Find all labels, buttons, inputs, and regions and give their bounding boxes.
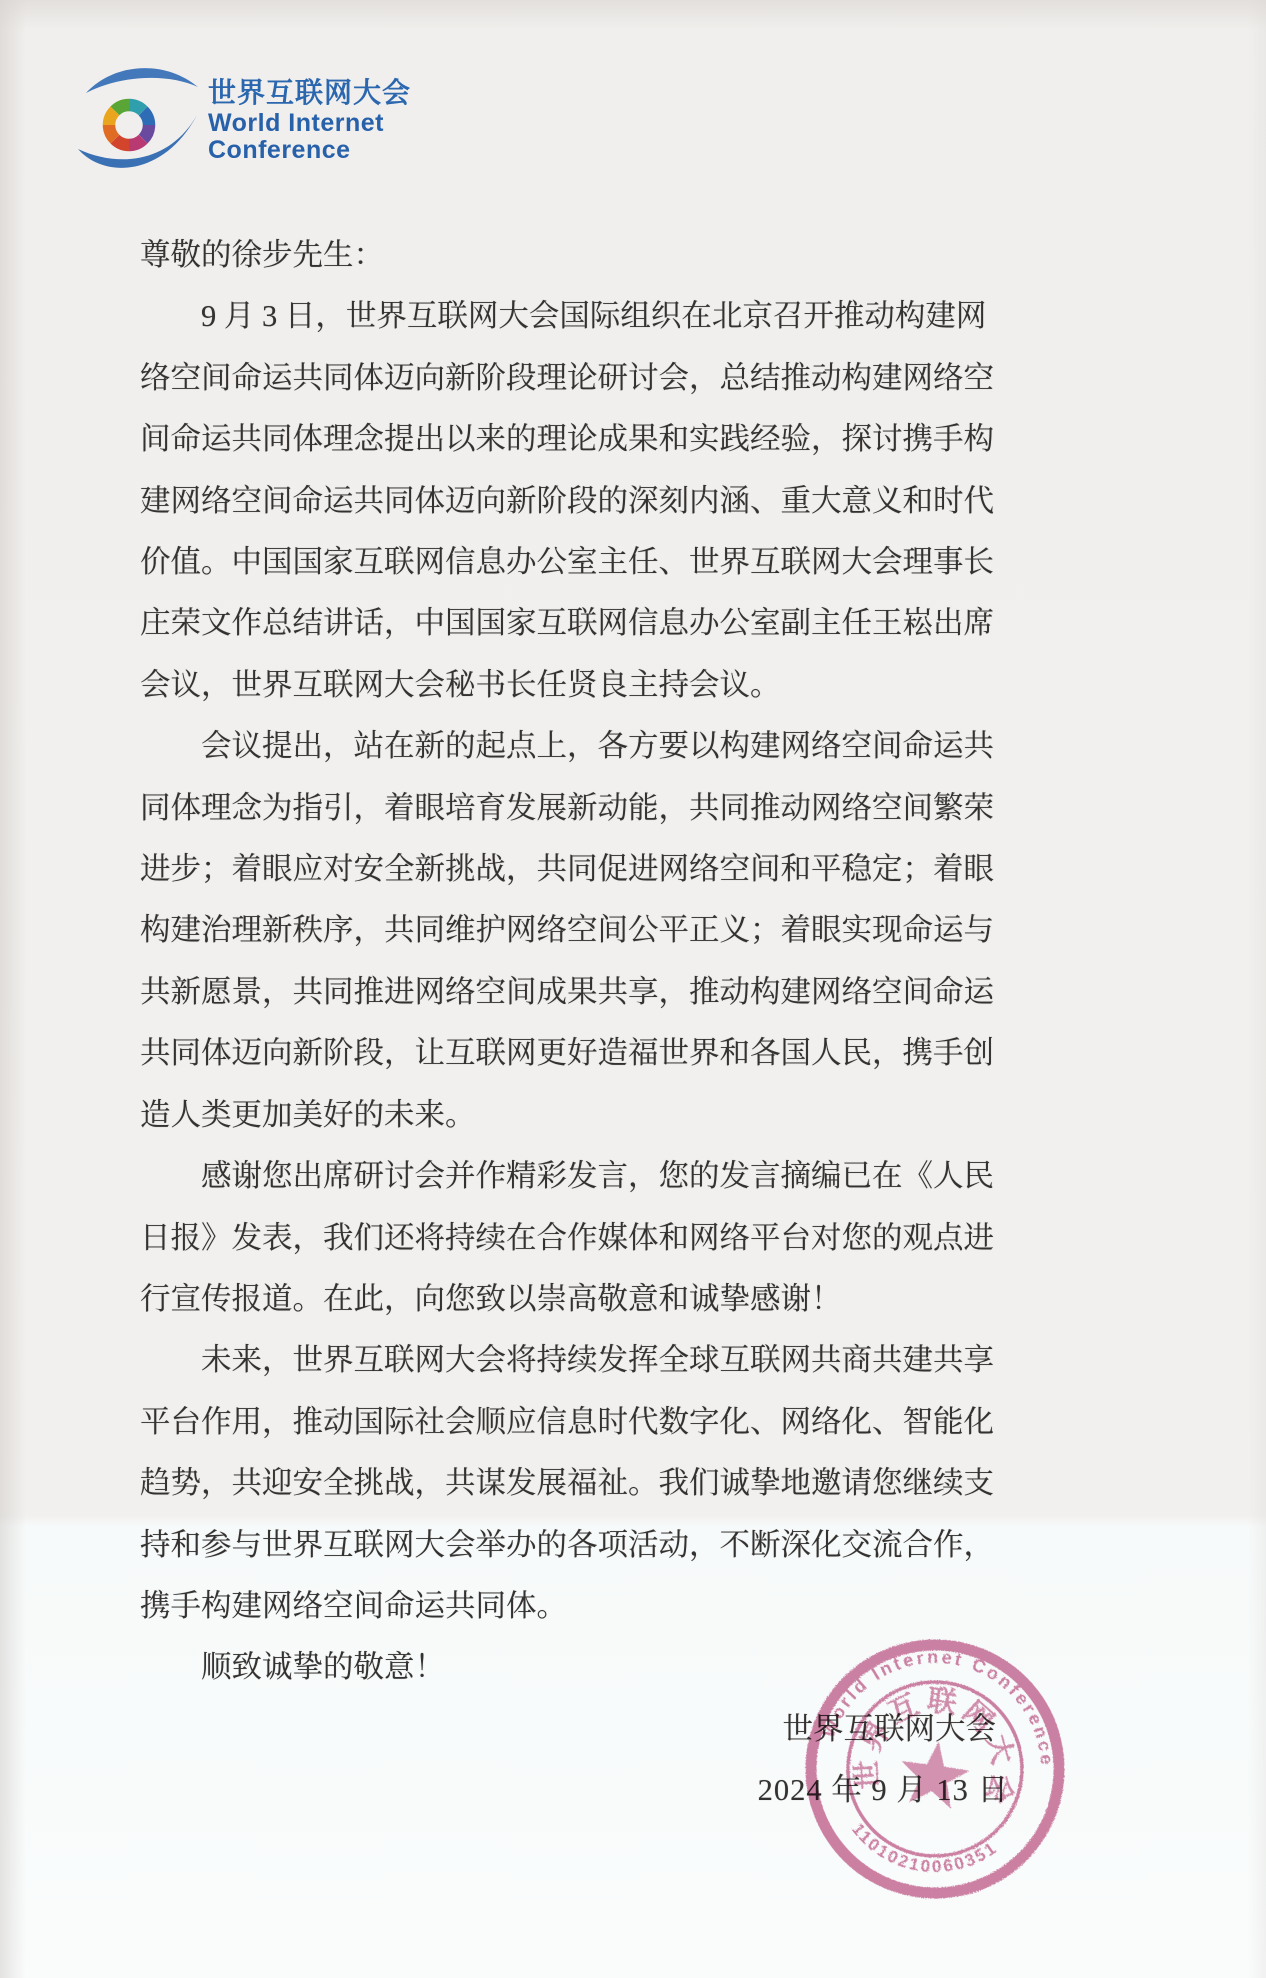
letter-line: 9 月 3 日，世界互联网大会国际组织在北京召开推动构建网 [140,286,996,347]
logo-wordmark: 世界互联网大会 World Internet Conference [208,78,411,164]
letter-line: 共新愿景，共同推进网络空间成果共享，推动构建网络空间命运 [140,962,996,1023]
letter-line: 趋势，共迎安全挑战，共谋发展福祉。我们诚挚地邀请您继续支 [140,1453,996,1514]
letter-line: 络空间命运共同体迈向新阶段理论研讨会，总结推动构建网络空 [140,348,996,409]
letter-line: 造人类更加美好的未来。 [140,1085,996,1146]
wic-logo: 世界互联网大会 World Internet Conference [0,0,500,200]
letter-line: 平台作用，推动国际社会顺应信息时代数字化、网络化、智能化 [140,1392,996,1453]
multicolor-ring-icon [109,105,149,145]
logo-org-name-zh: 世界互联网大会 [208,78,411,108]
letter-line: 会议，世界互联网大会秘书长任贤良主持会议。 [140,655,996,716]
salutation: 尊敬的徐步先生： [140,225,996,286]
logo-org-name-en-line1: World Internet [208,110,411,137]
letter-line: 日报》发表，我们还将持续在合作媒体和网络平台对您的观点进 [140,1208,996,1269]
star-icon [896,1737,973,1811]
logo-org-name-en-line2: Conference [208,137,411,164]
letter-line: 持和参与世界互联网大会举办的各项活动，不断深化交流合作， [140,1515,996,1576]
letter-line: 建网络空间命运共同体迈向新阶段的深刻内涵、重大意义和时代 [140,471,996,532]
letter-line: 行宣传报道。在此，向您致以崇高敬意和诚挚感谢！ [140,1269,996,1330]
letter-line: 感谢您出席研讨会并作精彩发言，您的发言摘编已在《人民 [140,1146,996,1207]
letter-page: 世界互联网大会 World Internet Conference 尊敬的徐步先… [0,0,1266,1978]
official-seal-stamp: World Internet Conference 11010210060351… [795,1629,1075,1909]
letter-line: 间命运共同体理念提出以来的理论成果和实践经验，探讨携手构 [140,409,996,470]
letter-line: 未来，世界互联网大会将持续发挥全球互联网共商共建共享 [140,1330,996,1391]
wic-logo-mark-icon [76,56,202,182]
letter-line: 庄荣文作总结讲话，中国国家互联网信息办公室副主任王崧出席 [140,593,996,654]
letter-line: 共同体迈向新阶段，让互联网更好造福世界和各国人民，携手创 [140,1023,996,1084]
letter-line: 进步；着眼应对安全新挑战，共同促进网络空间和平稳定；着眼 [140,839,996,900]
letter-line: 构建治理新秩序，共同维护网络空间公平正义；着眼实现命运与 [140,900,996,961]
letter-line: 会议提出，站在新的起点上，各方要以构建网络空间命运共 [140,716,996,777]
letter-line: 同体理念为指引，着眼培育发展新动能，共同推动网络空间繁荣 [140,778,996,839]
letter-line: 价值。中国国家互联网信息办公室主任、世界互联网大会理事长 [140,532,996,593]
letter-body: 尊敬的徐步先生： 9 月 3 日，世界互联网大会国际组织在北京召开推动构建网 络… [140,225,996,1822]
